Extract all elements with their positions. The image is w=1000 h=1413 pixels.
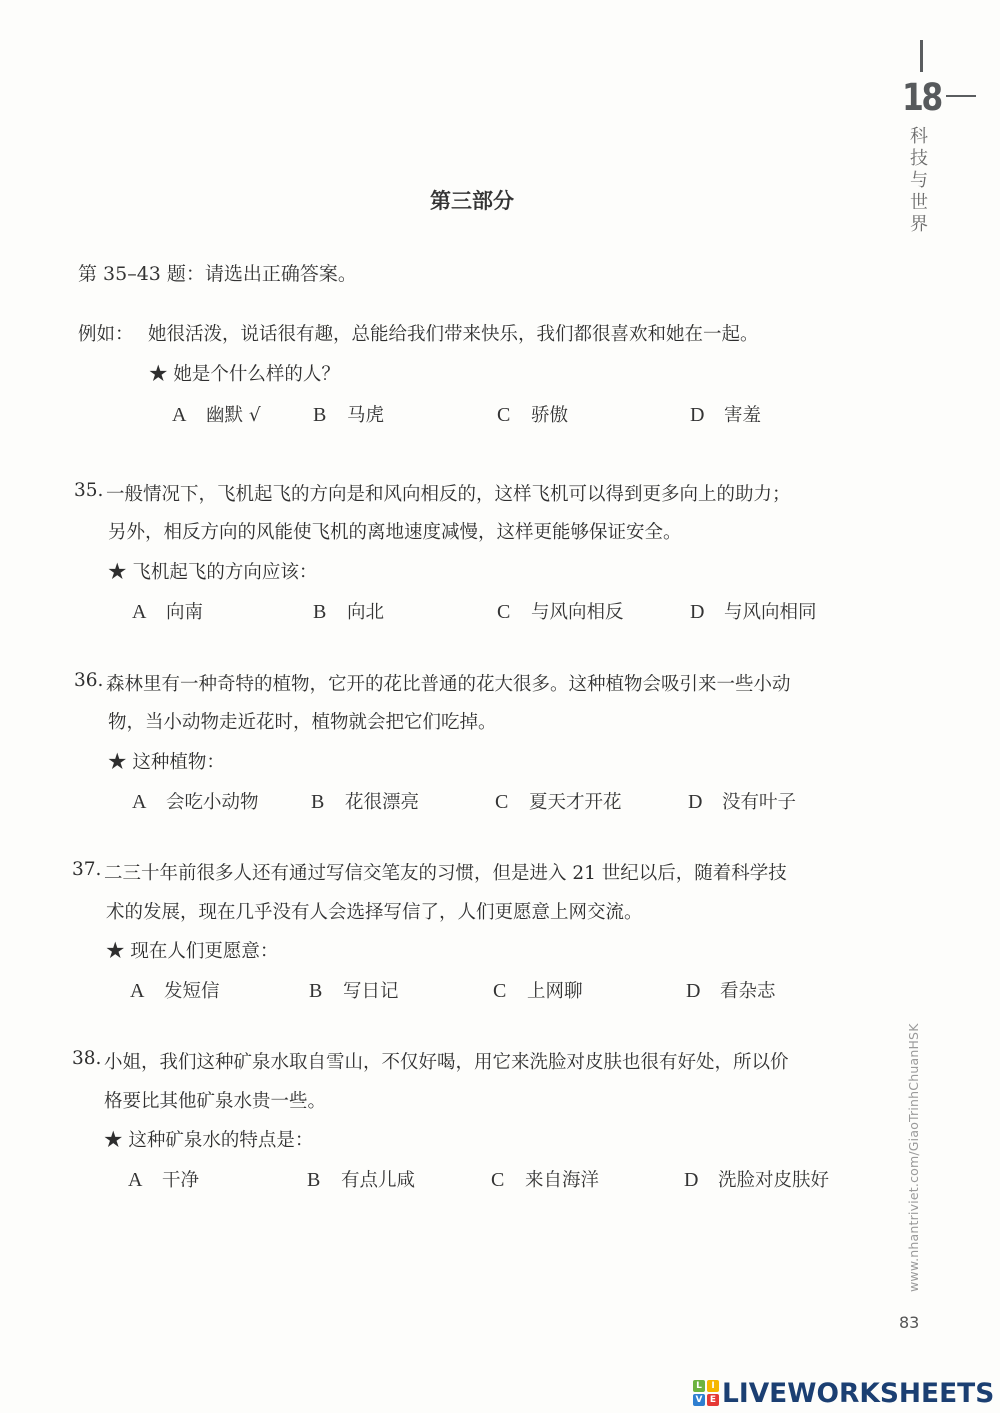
question-passage-line: 另外，相反方向的风能使飞机的离地速度减慢，这样更能够保证安全。 (108, 518, 682, 544)
option-text: 会吃小动物 (166, 792, 259, 813)
option-a[interactable]: A向南 (132, 598, 203, 624)
option-c[interactable]: C与风向相反 (497, 598, 624, 624)
question-passage-line: 术的发展，现在几乎没有人会选择写信了，人们更愿意上网交流。 (106, 898, 643, 924)
chapter-divider-horizontal (946, 95, 976, 97)
option-text: 与风向相反 (531, 602, 624, 623)
option-text: 害羞 (724, 405, 761, 426)
option-text: 花很漂亮 (345, 792, 419, 813)
chapter-title-char: 科 (908, 126, 930, 148)
option-letter: C (497, 601, 531, 624)
option-letter: B (309, 980, 343, 1003)
option-text: 与风向相同 (724, 602, 817, 623)
question-number: 37. (72, 859, 101, 880)
chapter-divider-vertical (920, 40, 923, 72)
option-text: 没有叶子 (722, 792, 796, 813)
option-text: 看杂志 (720, 981, 776, 1002)
question-passage-line: 格要比其他矿泉水贵一些。 (104, 1087, 326, 1113)
logo-text: LIVEWORKSHEETS (722, 1378, 994, 1409)
option-letter: D (690, 404, 724, 427)
option-text: 上网聊 (527, 981, 583, 1002)
option-letter: C (497, 404, 531, 427)
logo-tile-e: E (707, 1394, 719, 1406)
option-text: 马虎 (347, 405, 384, 426)
question-number: 35. (74, 480, 103, 501)
option-letter: B (307, 1169, 341, 1192)
option-a[interactable]: A干净 (128, 1166, 199, 1192)
example-question: ★ 她是个什么样的人？ (149, 360, 340, 386)
option-a[interactable]: A发短信 (130, 977, 220, 1003)
example-option-c[interactable]: C骄傲 (497, 401, 568, 427)
option-b[interactable]: B有点儿咸 (307, 1166, 415, 1192)
option-letter: D (686, 980, 720, 1003)
option-d[interactable]: D没有叶子 (688, 788, 796, 814)
example-option-d[interactable]: D害羞 (690, 401, 761, 427)
option-text: 骄傲 (531, 405, 568, 426)
option-letter: B (311, 791, 345, 814)
example-option-a[interactable]: A幽默 √ (172, 401, 261, 427)
option-letter: C (493, 980, 527, 1003)
question-number: 36. (74, 670, 103, 691)
option-b[interactable]: B花很漂亮 (311, 788, 419, 814)
chapter-title-char: 技 (908, 148, 930, 170)
question-number: 38. (72, 1048, 101, 1069)
option-letter: A (132, 601, 166, 624)
option-text: 来自海洋 (525, 1170, 599, 1191)
example-prefix: 例如： (78, 320, 134, 346)
option-letter: C (495, 791, 529, 814)
logo-tiles-icon: L I V E (693, 1380, 719, 1406)
option-letter: A (132, 791, 166, 814)
option-letter: C (491, 1169, 525, 1192)
chapter-title: 科 技 与 世 界 (908, 126, 930, 236)
question-prompt: ★ 这种矿泉水的特点是： (104, 1126, 313, 1152)
option-letter: B (313, 404, 347, 427)
option-text: 洗脸对皮肤好 (718, 1170, 829, 1191)
option-c[interactable]: C上网聊 (493, 977, 583, 1003)
question-prompt: ★ 现在人们更愿意： (106, 937, 278, 963)
logo-tile-l: L (693, 1380, 705, 1392)
option-text: 向南 (166, 602, 203, 623)
option-letter: B (313, 601, 347, 624)
section-title: 第三部分 (0, 185, 944, 215)
option-text: 干净 (162, 1170, 199, 1191)
logo-tile-i: I (707, 1380, 719, 1392)
option-letter: A (130, 980, 164, 1003)
option-text: 向北 (347, 602, 384, 623)
option-letter: D (684, 1169, 718, 1192)
question-prompt: ★ 这种植物： (108, 748, 225, 774)
option-d[interactable]: D洗脸对皮肤好 (684, 1166, 829, 1192)
option-text: 发短信 (164, 981, 220, 1002)
question-prompt: ★ 飞机起飞的方向应该： (108, 558, 317, 584)
question-passage-line: 物，当小动物走近花时，植物就会把它们吃掉。 (108, 708, 497, 734)
chapter-title-char: 界 (908, 214, 930, 236)
option-text: 写日记 (343, 981, 399, 1002)
option-c[interactable]: C夏天才开花 (495, 788, 622, 814)
chapter-number: 18 (902, 78, 941, 118)
option-letter: A (128, 1169, 162, 1192)
question-passage-line: 小姐，我们这种矿泉水取自雪山，不仅好喝，用它来洗脸对皮肤也很有好处，所以价 (104, 1048, 789, 1074)
option-a[interactable]: A会吃小动物 (132, 788, 259, 814)
side-url: www.nhantriviet.com/GiaoTrinhChuanHSK (906, 1023, 921, 1292)
section-instruction: 第 35–43 题：请选出正确答案。 (78, 259, 357, 286)
logo-tile-v: V (693, 1394, 705, 1406)
option-text: 幽默 √ (206, 405, 261, 426)
example-passage: 她很活泼，说话很有趣，总能给我们带来快乐，我们都很喜欢和她在一起。 (148, 320, 759, 346)
option-text: 有点儿咸 (341, 1170, 415, 1191)
liveworksheets-logo[interactable]: L I V E LIVEWORKSHEETS (693, 1378, 1000, 1408)
option-letter: D (690, 601, 724, 624)
option-b[interactable]: B写日记 (309, 977, 399, 1003)
option-d[interactable]: D看杂志 (686, 977, 776, 1003)
option-letter: D (688, 791, 722, 814)
question-passage-line: 一般情况下，飞机起飞的方向是和风向相反的，这样飞机可以得到更多向上的助力； (106, 480, 791, 506)
example-option-b[interactable]: B马虎 (313, 401, 384, 427)
option-letter: A (172, 404, 206, 427)
option-c[interactable]: C来自海洋 (491, 1166, 599, 1192)
option-d[interactable]: D与风向相同 (690, 598, 817, 624)
page-number: 83 (899, 1313, 919, 1332)
question-passage-line: 二三十年前很多人还有通过写信交笔友的习惯，但是进入 21 世纪以后，随着科学技 (104, 859, 787, 885)
option-b[interactable]: B向北 (313, 598, 384, 624)
option-text: 夏天才开花 (529, 792, 622, 813)
question-passage-line: 森林里有一种奇特的植物，它开的花比普通的花大很多。这种植物会吸引来一些小动 (106, 670, 791, 696)
